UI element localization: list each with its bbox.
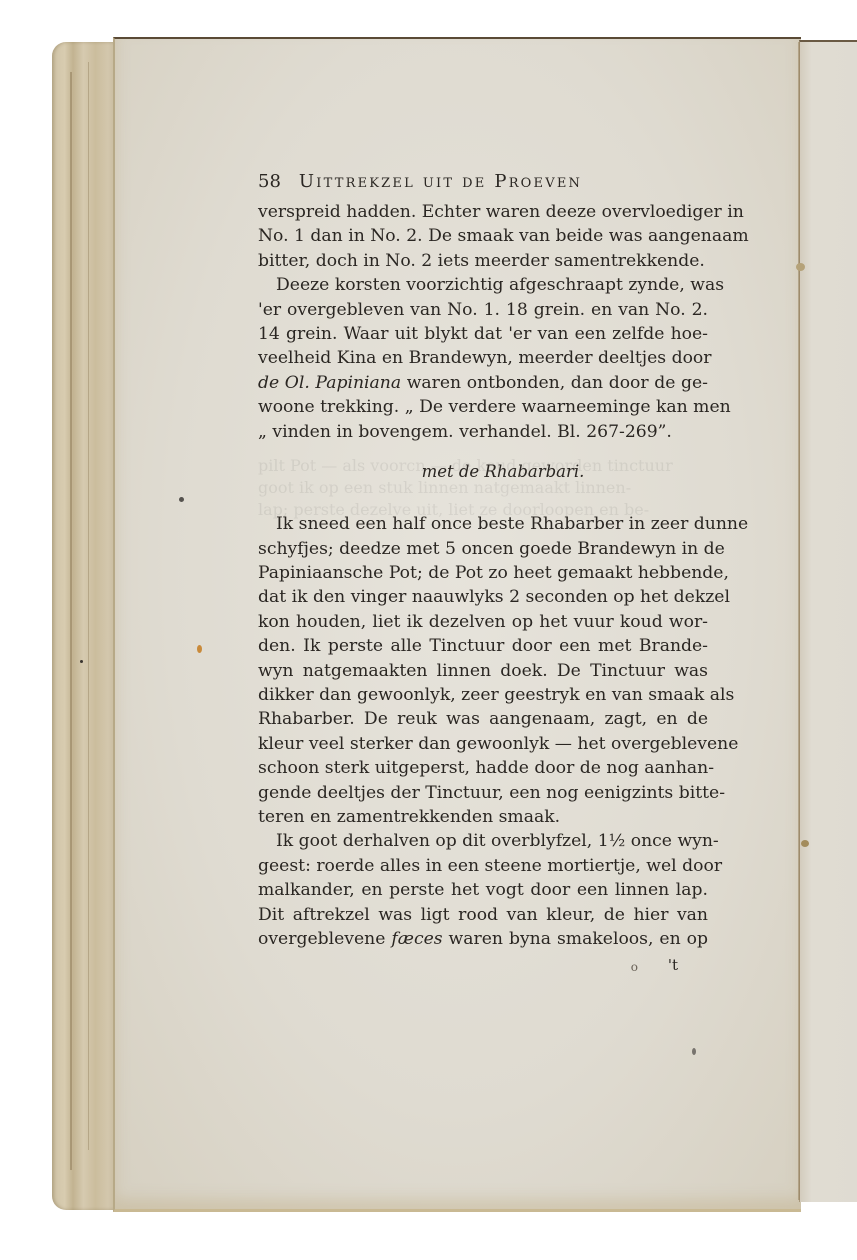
text-line: Ik sneed een half once beste Rhabarber i…: [258, 512, 708, 536]
text-line: teren en zamentrekkenden smaak.: [258, 805, 708, 829]
text-line: overgeblevene fæces waren byna smakeloos…: [258, 927, 708, 951]
text-line: malkander, en perste het vogt door een l…: [258, 878, 708, 902]
text-line: bitter, doch in No. 2 iets meerder samen…: [258, 249, 708, 273]
paragraph: Deeze korsten voorzichtig afgeschraapt z…: [258, 273, 708, 444]
catchword: 't: [668, 953, 678, 977]
text-line: kon houden, liet ik dezelven op het vuur…: [258, 610, 708, 634]
text-segment: overgeblevene: [258, 929, 391, 949]
text-line: dikker dan gewoonlyk, zeer geestryk en v…: [258, 683, 708, 707]
paragraph: Ik goot derhalven op dit overblyfzel, 1½…: [258, 829, 708, 951]
ink-speck: [692, 1048, 696, 1055]
stain-mark: [801, 840, 809, 847]
text-line: No. 1 dan in No. 2. De smaak van beide w…: [258, 224, 708, 248]
book-scan: pilt Pot — als voorcn — de koud geworden…: [0, 0, 857, 1260]
paragraph: Ik sneed een half once beste Rhabarber i…: [258, 512, 708, 829]
text-line: 'er overgebleven van No. 1. 18 grein. en…: [258, 298, 708, 322]
running-head: 58 Uittrekzel uit de Proeven: [258, 170, 708, 200]
facing-page-edge: [799, 40, 857, 1202]
text-line: den. Ik perste alle Tinctuur door een me…: [258, 634, 708, 658]
paragraph: verspreid hadden. Echter waren deeze ove…: [258, 200, 708, 273]
signature-mark: o: [631, 955, 638, 979]
text-line: verspreid hadden. Echter waren deeze ove…: [258, 200, 708, 224]
page-number: 58: [258, 170, 281, 194]
text-line: schyfjes; deedze met 5 oncen goede Brand…: [258, 537, 708, 561]
text-segment: waren byna smakeloos, en op: [443, 929, 708, 949]
text-segment: waren ontbonden, dan door de ge-: [401, 373, 708, 393]
text-line: Ik goot derhalven op dit overblyfzel, 1½…: [258, 829, 708, 853]
text-line: gende deeltjes der Tinctuur, een nog een…: [258, 781, 708, 805]
text-line: wyn natgemaakten linnen doek. De Tinctuu…: [258, 659, 708, 683]
text-line: woone trekking. „ De verdere waarneeming…: [258, 395, 708, 419]
italic-phrase: de Ol. Papiniana: [258, 373, 401, 393]
text-line: 14 grein. Waar uit blykt dat 'er van een…: [258, 322, 708, 346]
stain-mark: [796, 263, 805, 271]
text-line: schoon sterk uitgeperst, hadde door de n…: [258, 756, 708, 780]
page-stack-edge: [52, 42, 122, 1210]
ink-speck: [179, 497, 184, 502]
text-line: Deeze korsten voorzichtig afgeschraapt z…: [258, 273, 708, 297]
section-heading: met de Rhabarbari.: [258, 460, 708, 484]
gutter-fold: [798, 42, 800, 1200]
text-line: „ vinden in bovengem. verhandel. Bl. 267…: [258, 420, 708, 444]
rust-stain: [197, 645, 202, 653]
page-footer: o 't: [258, 951, 708, 977]
text-line: dat ik den vinger naauwlyks 2 seconden o…: [258, 585, 708, 609]
text-line: Papiniaansche Pot; de Pot zo heet gemaak…: [258, 561, 708, 585]
text-line: veelheid Kina en Brandewyn, meerder deel…: [258, 346, 708, 370]
running-head-title: Uittrekzel uit de Proeven: [299, 170, 582, 194]
italic-phrase: fæces: [391, 929, 442, 949]
text-line: de Ol. Papiniana waren ontbonden, dan do…: [258, 371, 708, 395]
ink-speck: [80, 660, 83, 663]
text-line: geest: roerde alles in een steene mortie…: [258, 854, 708, 878]
text-line: Dit aftrekzel was ligt rood van kleur, d…: [258, 903, 708, 927]
text-line: Rhabarber. De reuk was aangenaam, zagt, …: [258, 707, 708, 731]
text-line: kleur veel sterker dan gewoonlyk — het o…: [258, 732, 708, 756]
text-block: 58 Uittrekzel uit de Proeven verspreid h…: [258, 170, 708, 977]
